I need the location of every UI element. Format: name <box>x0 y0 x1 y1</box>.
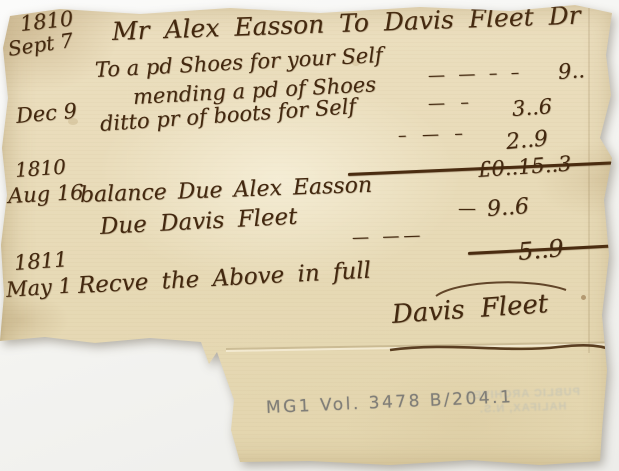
balance2-text: Due Davis Fleet <box>99 204 298 240</box>
ink-speck <box>581 295 586 300</box>
item3-amount: 2..9 <box>505 126 549 155</box>
signature-flourish <box>388 340 616 360</box>
balance1-dash: — <box>458 198 476 219</box>
balance2-amount: 5..9 <box>517 234 565 266</box>
item1-dash-leaders: — — – – <box>428 63 524 86</box>
entry-date-sept7: Sept 7 <box>6 28 74 61</box>
fold-crease-right <box>588 8 590 353</box>
balance1-amount: 9..6 <box>486 194 530 222</box>
item3-dash-leaders: – — – <box>398 124 468 146</box>
item3-date: Dec 9 <box>15 99 78 128</box>
year-1811: 1811 <box>13 247 68 275</box>
receipt-paper: 1810 Sept 7 Mr Alex Easson To Davis Flee… <box>0 0 619 471</box>
signature: Davis Fleet <box>391 289 549 330</box>
year-1810-mid: 1810 <box>14 154 66 181</box>
balance1-text: balance Due Alex Easson <box>80 173 373 208</box>
balance2-dash: — —— <box>352 225 425 248</box>
item2-amount: 3..6 <box>511 94 553 121</box>
receipt-date-may1: May 1 <box>5 273 72 302</box>
account-header: Mr Alex Easson To Davis Fleet Dr <box>111 1 581 46</box>
item2-dash-leaders: — – <box>428 92 475 114</box>
total-amount: £0..15..3 <box>477 152 572 182</box>
balance1-date: Aug 16 <box>7 180 84 208</box>
receipt-paper-shadow: 1810 Sept 7 Mr Alex Easson To Davis Flee… <box>0 0 619 471</box>
item1-amount: 9.. <box>557 58 585 84</box>
scan-background: 1810 Sept 7 Mr Alex Easson To Davis Flee… <box>0 0 619 471</box>
receipt-text: Recve the Above in full <box>77 258 371 299</box>
